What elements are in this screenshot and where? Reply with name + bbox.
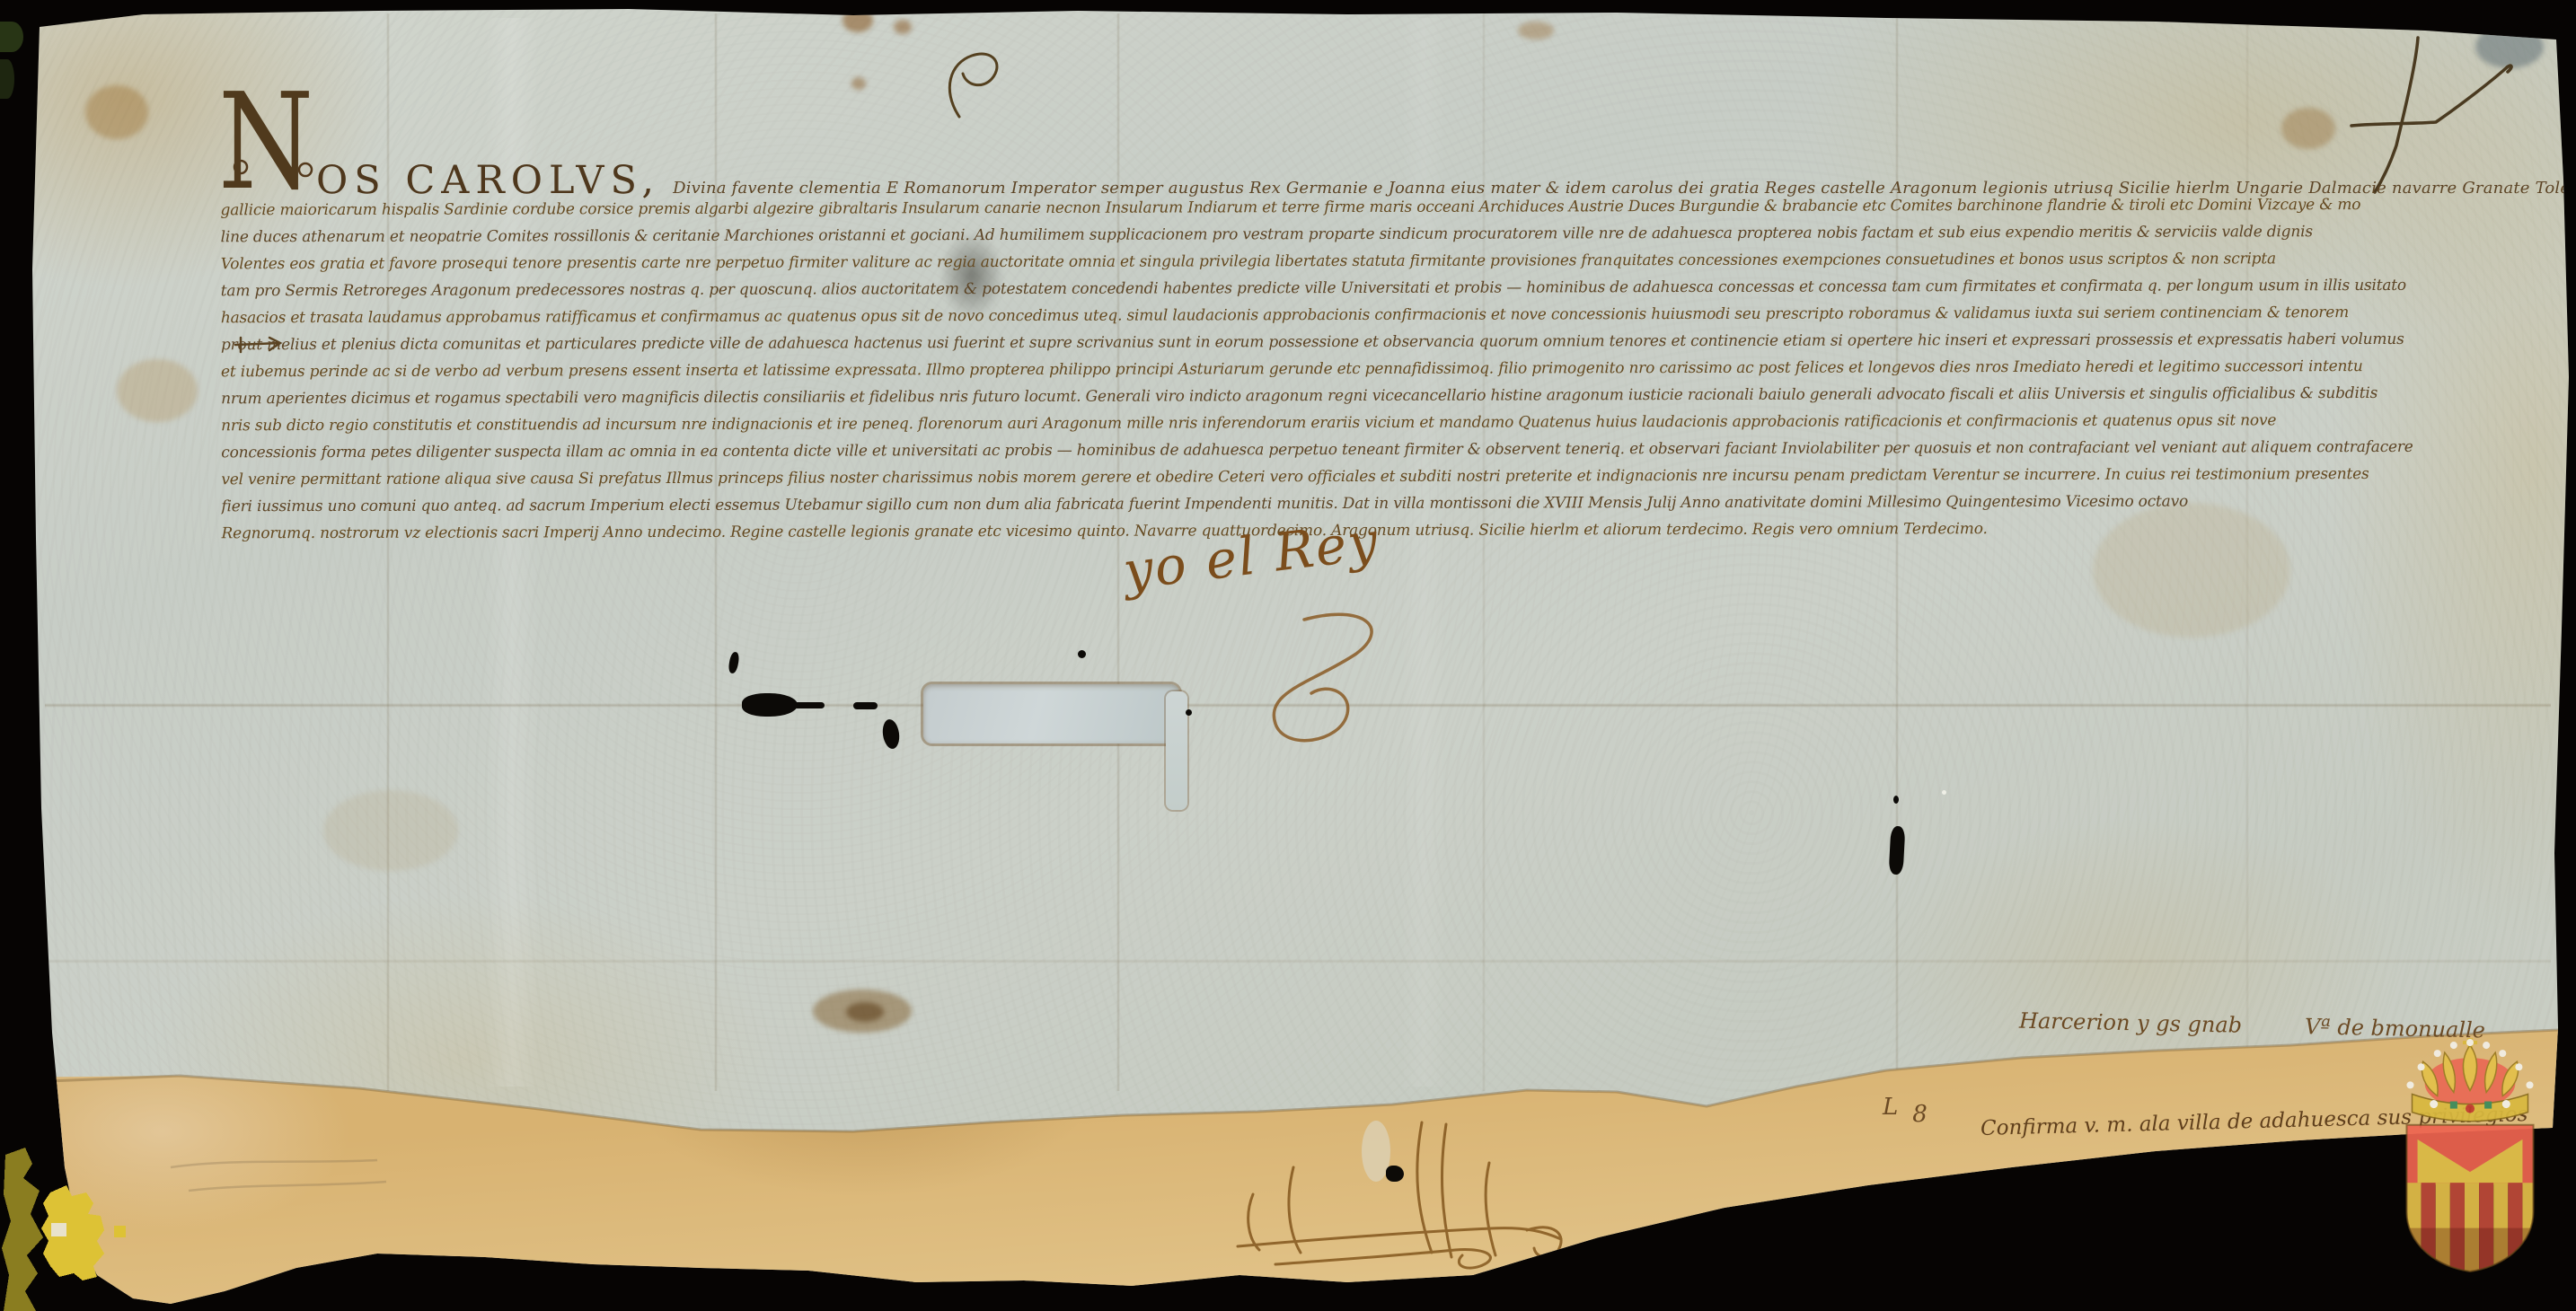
signature-rubric bbox=[1274, 614, 1372, 740]
confirmation-note-line2: Como estan en possession dellos. bbox=[2019, 1170, 2369, 1202]
registry-mark-8: 8 bbox=[1912, 1101, 1928, 1128]
decorated-initial: N bbox=[218, 75, 313, 208]
edge-smudge bbox=[0, 59, 14, 99]
edge-smudge bbox=[0, 22, 23, 52]
highlight-notch bbox=[51, 1223, 66, 1236]
parchment-hole bbox=[1186, 709, 1192, 716]
parchment-hole bbox=[794, 702, 825, 708]
parchment-hole bbox=[853, 702, 878, 709]
registry-mark-l: L bbox=[1883, 1094, 1898, 1121]
white-speck bbox=[1942, 790, 1946, 795]
charter-body: gallicie maioricarum hispalis Sardinie c… bbox=[220, 191, 2471, 548]
heading-flourish-icon bbox=[949, 54, 997, 117]
parchment-hole bbox=[1893, 796, 1899, 804]
highlight-square bbox=[114, 1226, 126, 1237]
archival-note-left: Harcerion y gs gnab bbox=[2019, 1008, 2243, 1038]
highlight-yellow-shape bbox=[41, 1185, 104, 1280]
highlight-olive-shape bbox=[2, 1148, 43, 1311]
registry-mark: L8 bbox=[1883, 1094, 1928, 1121]
notary-scrawl bbox=[1238, 1122, 1561, 1268]
parchment-hole bbox=[742, 693, 798, 717]
highlight-blob bbox=[0, 1140, 359, 1311]
shield-icon bbox=[2406, 1125, 2536, 1273]
parchment-hole bbox=[1078, 650, 1086, 658]
coat-of-arms bbox=[2396, 1038, 2544, 1273]
crown-icon bbox=[2406, 1038, 2533, 1122]
photo-background: N OS CAROLVS,Divina favente clementia E … bbox=[0, 0, 2576, 1311]
parchment: N OS CAROLVS,Divina favente clementia E … bbox=[0, 0, 2576, 1311]
parchment-hole bbox=[1386, 1166, 1404, 1182]
